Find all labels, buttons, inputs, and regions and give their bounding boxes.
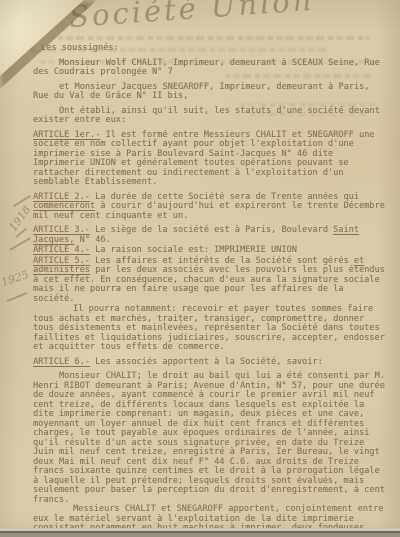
article-heading: ARTICLE 4.-	[33, 245, 90, 255]
bleedthrough-line	[58, 36, 370, 40]
paragraph: Monsieur CHALIT; le droit au bail qui lu…	[33, 372, 386, 505]
pencil-stroke	[9, 237, 31, 250]
paragraph: ARTICLE 5.- Les affaires et intérêts de …	[33, 257, 386, 305]
margin-note: 1925	[0, 268, 30, 289]
paragraph: Ont établi, ainsi qu'il suit, les statut…	[33, 107, 386, 126]
article-heading: ARTICLE 6.-	[33, 357, 90, 367]
handwritten-title: Société Union	[68, 0, 380, 34]
pencil-stroke	[7, 292, 28, 302]
paragraph: ARTICLE 3.- Le siège de la société est à…	[33, 226, 386, 245]
paragraph: ARTICLE 1er.- Il est formé entre Messieu…	[33, 131, 386, 188]
article-heading: ARTICLE 3.-	[33, 225, 90, 235]
paragraph: ARTICLE 4.- La raison sociale est: IMPRI…	[33, 246, 386, 256]
article-heading: ARTICLE 2.-	[33, 192, 90, 202]
article-heading: ARTICLE 5.-	[33, 256, 90, 266]
paragraph: et Monsieur Jacques SNEGAROFF, Imprimeur…	[33, 83, 386, 102]
paragraph: Il pourra notamment: recevoir et payer t…	[33, 305, 386, 353]
paragraph: Monsieur Wolf CHALIT, Imprimeur, demeura…	[33, 59, 386, 78]
paragraph: ARTICLE 2.- La durée de cette Société se…	[33, 193, 386, 222]
paragraph: ARTICLE 6.- Les associés apportent à la …	[33, 358, 386, 368]
article-heading: ARTICLE 1er.-	[33, 130, 100, 140]
scanned-document-page: Société Union 1918 1925 Les soussignés:M…	[0, 0, 400, 537]
margin-note: 1918	[7, 203, 34, 233]
scan-bottom-edge	[0, 528, 400, 537]
paragraph: Les soussignés:	[33, 44, 386, 54]
document-body: Les soussignés:Monsieur Wolf CHALIT, Imp…	[33, 44, 386, 534]
